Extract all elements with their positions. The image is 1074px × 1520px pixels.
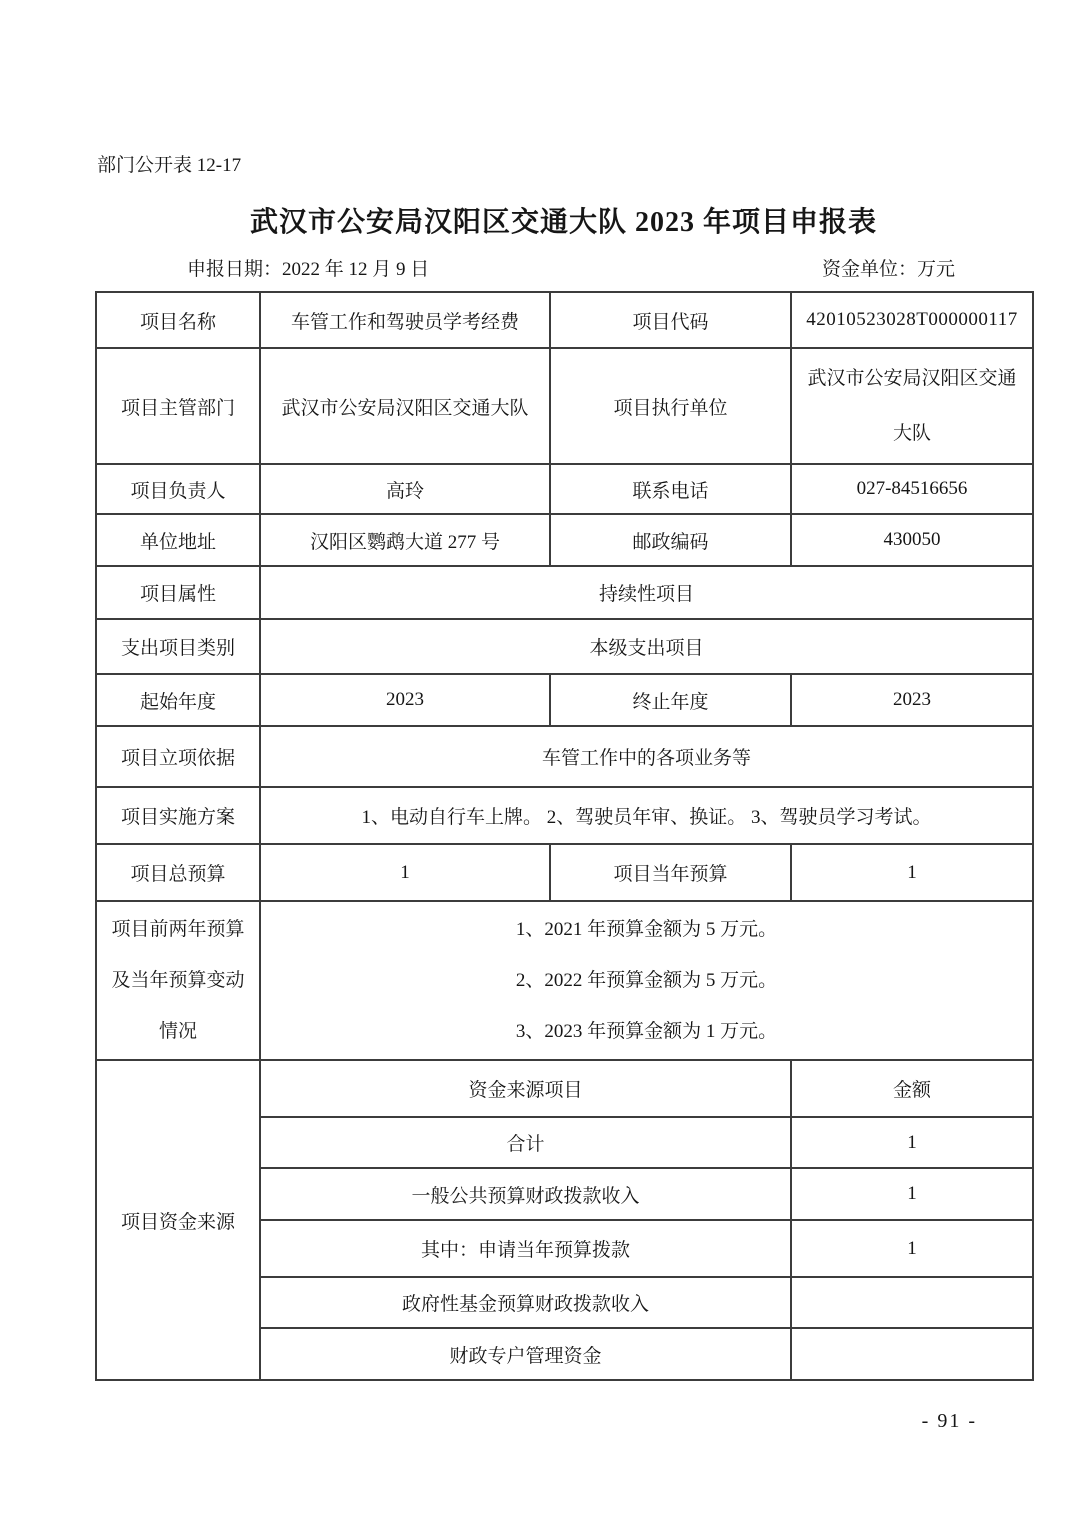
row-budget: 项目总预算 1 项目当年预算 1 — [96, 844, 1033, 901]
cell-total-budget-label: 项目总预算 — [96, 844, 260, 901]
cell-funding-applied-item: 其中：申请当年预算拨款 — [260, 1220, 791, 1277]
prev-budget-line-2: 2、2022 年预算金额为 5 万元。 — [269, 955, 1024, 1006]
cell-plan-value: 1、电动自行车上牌。 2、驾驶员年审、换证。 3、驾驶员学习考试。 — [260, 787, 1033, 844]
cell-funding-special-item: 财政专户管理资金 — [260, 1328, 791, 1380]
declare-date: 申报日期：2022 年 12 月 9 日 — [187, 254, 429, 281]
cell-leader-value: 高玲 — [260, 464, 550, 514]
cell-year-budget-label: 项目当年预算 — [550, 844, 791, 901]
row-address: 单位地址 汉阳区鹦鹉大道 277 号 邮政编码 430050 — [96, 514, 1033, 566]
cell-project-name-value: 车管工作和驾驶员学考经费 — [260, 292, 550, 348]
cell-funding-special-amount — [791, 1328, 1033, 1380]
cell-postcode-label: 邮政编码 — [550, 514, 791, 566]
cell-project-code-label: 项目代码 — [550, 292, 791, 348]
cell-attribute-label: 项目属性 — [96, 566, 260, 619]
cell-dept-value: 武汉市公安局汉阳区交通大队 — [260, 348, 550, 464]
cell-leader-label: 项目负责人 — [96, 464, 260, 514]
cell-address-label: 单位地址 — [96, 514, 260, 566]
row-funding-header: 项目资金来源 资金来源项目 金额 — [96, 1060, 1033, 1117]
row-years: 起始年度 2023 终止年度 2023 — [96, 674, 1033, 726]
cell-prev-budget-label: 项目前两年预算及当年预算变动情况 — [96, 901, 260, 1060]
row-basis: 项目立项依据 车管工作中的各项业务等 — [96, 726, 1033, 787]
cell-dept-label: 项目主管部门 — [96, 348, 260, 464]
cell-total-budget-value: 1 — [260, 844, 550, 901]
cell-funding-general-amount: 1 — [791, 1168, 1033, 1220]
row-expense-type: 支出项目类别 本级支出项目 — [96, 619, 1033, 674]
prev-budget-line-1: 1、2021 年预算金额为 5 万元。 — [269, 904, 1024, 955]
fund-unit: 资金单位：万元 — [822, 254, 955, 281]
cell-prev-budget-value: 1、2021 年预算金额为 5 万元。 2、2022 年预算金额为 5 万元。 … — [260, 901, 1033, 1060]
cell-plan-label: 项目实施方案 — [96, 787, 260, 844]
page-title: 武汉市公安局汉阳区交通大队 2023 年项目申报表 — [95, 200, 1032, 240]
cell-project-name-label: 项目名称 — [96, 292, 260, 348]
cell-start-year-label: 起始年度 — [96, 674, 260, 726]
row-dept: 项目主管部门 武汉市公安局汉阳区交通大队 项目执行单位 武汉市公安局汉阳区交通大… — [96, 348, 1033, 464]
row-leader: 项目负责人 高玲 联系电话 027-84516656 — [96, 464, 1033, 514]
cell-funding-total-amount: 1 — [791, 1117, 1033, 1168]
row-prev-budget: 项目前两年预算及当年预算变动情况 1、2021 年预算金额为 5 万元。 2、2… — [96, 901, 1033, 1060]
cell-end-year-label: 终止年度 — [550, 674, 791, 726]
page-number: - 91 - — [922, 1410, 977, 1433]
cell-funding-label: 项目资金来源 — [96, 1060, 260, 1380]
cell-expense-type-label: 支出项目类别 — [96, 619, 260, 674]
doc-label: 部门公开表 12-17 — [97, 150, 241, 177]
cell-funding-govfund-item: 政府性基金预算财政拨款收入 — [260, 1277, 791, 1328]
cell-basis-label: 项目立项依据 — [96, 726, 260, 787]
cell-exec-unit-label: 项目执行单位 — [550, 348, 791, 464]
cell-funding-applied-amount: 1 — [791, 1220, 1033, 1277]
prev-budget-line-3: 3、2023 年预算金额为 1 万元。 — [269, 1006, 1024, 1057]
cell-project-code-value: 42010523028T000000117 — [791, 292, 1033, 348]
row-plan: 项目实施方案 1、电动自行车上牌。 2、驾驶员年审、换证。 3、驾驶员学习考试。 — [96, 787, 1033, 844]
row-project-name: 项目名称 车管工作和驾驶员学考经费 项目代码 42010523028T00000… — [96, 292, 1033, 348]
cell-exec-unit-value: 武汉市公安局汉阳区交通大队 — [791, 348, 1033, 464]
cell-year-budget-value: 1 — [791, 844, 1033, 901]
cell-funding-govfund-amount — [791, 1277, 1033, 1328]
cell-end-year-value: 2023 — [791, 674, 1033, 726]
cell-address-value: 汉阳区鹦鹉大道 277 号 — [260, 514, 550, 566]
cell-funding-col-item: 资金来源项目 — [260, 1060, 791, 1117]
cell-postcode-value: 430050 — [791, 514, 1033, 566]
cell-phone-value: 027-84516656 — [791, 464, 1033, 514]
cell-funding-total-item: 合计 — [260, 1117, 791, 1168]
cell-basis-value: 车管工作中的各项业务等 — [260, 726, 1033, 787]
project-declaration-table: 项目名称 车管工作和驾驶员学考经费 项目代码 42010523028T00000… — [95, 291, 1034, 1381]
cell-phone-label: 联系电话 — [550, 464, 791, 514]
cell-expense-type-value: 本级支出项目 — [260, 619, 1033, 674]
row-attribute: 项目属性 持续性项目 — [96, 566, 1033, 619]
cell-funding-general-item: 一般公共预算财政拨款收入 — [260, 1168, 791, 1220]
cell-start-year-value: 2023 — [260, 674, 550, 726]
cell-funding-col-amount: 金额 — [791, 1060, 1033, 1117]
meta-row: 申报日期：2022 年 12 月 9 日 资金单位：万元 — [95, 254, 1032, 281]
cell-attribute-value: 持续性项目 — [260, 566, 1033, 619]
